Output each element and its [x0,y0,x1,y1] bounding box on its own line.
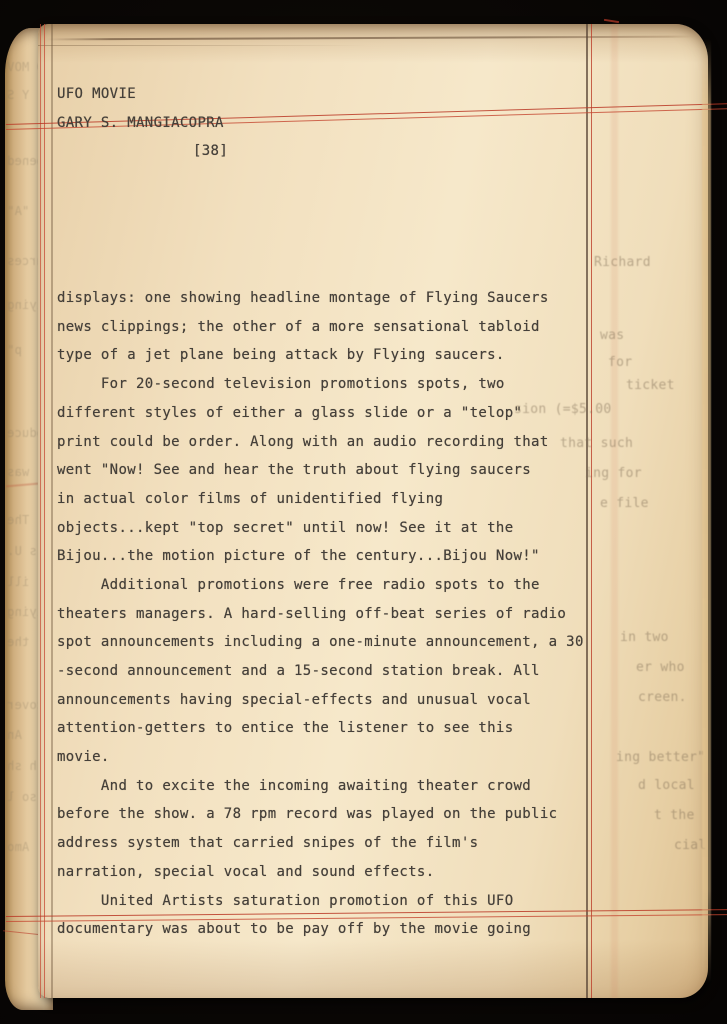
bleedthrough-text: d local [638,778,695,793]
typed-line: Bijou...the motion picture of the centur… [57,542,584,571]
mirrored-bleedthrough-text: so l [7,790,37,804]
typed-line: print could be order. Along with an audi… [57,428,584,457]
typed-line: attention-getters to entice the listener… [57,714,584,743]
page-top-crease [46,36,694,41]
mirrored-bleedthrough-text: Amo [7,840,29,854]
typed-line: type of a jet plane being attack by Flyi… [57,341,584,370]
typed-line: movie. [57,743,584,772]
typed-line: United Artists saturation promotion of t… [57,887,584,916]
mirrored-bleedthrough-text: was [7,465,29,479]
page-number: [38] [193,143,228,159]
typed-body-text: displays: one showing headline montage o… [57,198,584,944]
typed-line: went "Now! See and hear the truth about … [57,456,584,485]
bleedthrough-text: ticket [626,378,675,393]
mirrored-bleedthrough-text: An [7,728,22,742]
mirrored-bleedthrough-text: "A" [7,204,29,218]
typed-line: in actual color films of unidentified fl… [57,485,584,514]
typed-line: And to excite the incoming awaiting thea… [57,772,584,801]
bleedthrough-text: was [600,328,624,343]
typed-line: objects...kept "top secret" until now! S… [57,514,584,543]
typed-line: announcements having special-effects and… [57,686,584,715]
mirrored-bleedthrough-text: ill [7,575,29,589]
manuscript-page: UFO MOVIE GARY S. MANGIACOPRA [38] displ… [38,24,708,998]
mirrored-bleedthrough-text: Y S [7,88,29,102]
mirrored-bleedthrough-text: s U. [7,544,37,558]
bleedthrough-text: in two [620,630,669,645]
bleedthrough-text: sion (=$5.00 [514,402,612,417]
left-margin-red-rule-inner [44,24,45,998]
bleedthrough-text: Richard [594,255,651,270]
typed-line: For 20-second television promotions spot… [57,370,584,399]
typed-line: different styles of either a glass slide… [57,399,584,428]
right-margin-red-rule [591,24,592,998]
typed-line: news clippings; the other of a more sens… [57,313,584,342]
left-margin-red-rule-outer [40,24,41,998]
typed-line: before the show. a 78 rpm record was pla… [57,800,584,829]
bleedthrough-text: er who [636,660,685,675]
typed-line: documentary was about to be pay off by t… [57,915,584,944]
mirrored-bleedthrough-text: the [7,635,29,649]
bleedthrough-text: for [608,355,632,370]
typed-line: -second announcement and a 15-second sta… [57,657,584,686]
prev-page-red-mark [6,483,38,488]
typed-line: displays: one showing headline montage o… [57,284,584,313]
left-page-fold-line [51,24,53,998]
running-head-title: UFO MOVIE [57,86,136,102]
typed-line: theaters managers. A hard-selling off-be… [57,600,584,629]
typed-line: Additional promotions were free radio sp… [57,571,584,600]
bleedthrough-text: t the [654,808,695,823]
typed-line: address system that carried snipes of th… [57,829,584,858]
mirrored-bleedthrough-text: p" [7,343,22,357]
bleedthrough-text: ing better" [616,750,705,765]
page-edge-highlight [702,38,711,984]
bleedthrough-text: creen. [638,690,687,705]
right-margin-bleed-band [611,24,618,998]
mirrored-bleedthrough-text: The [7,513,29,527]
bleedthrough-text: that such [560,436,633,451]
bleedthrough-text: ing for [585,466,642,481]
mirrored-bleedthrough-text: h sh [7,759,37,773]
top-edge-red-tick [604,19,619,23]
running-head-author: GARY S. MANGIACOPRA [57,115,224,131]
typed-line: spot announcements including a one-minut… [57,628,584,657]
page-top-crease-secondary [38,45,368,46]
typed-line: narration, special vocal and sound effec… [57,858,584,887]
photographed-manuscript-page: O MOVY Sppened"A"ourcesflyingp"oducewasT… [0,0,727,1024]
bleedthrough-text: e file [600,496,649,511]
right-margin-dark-rule [586,24,588,998]
